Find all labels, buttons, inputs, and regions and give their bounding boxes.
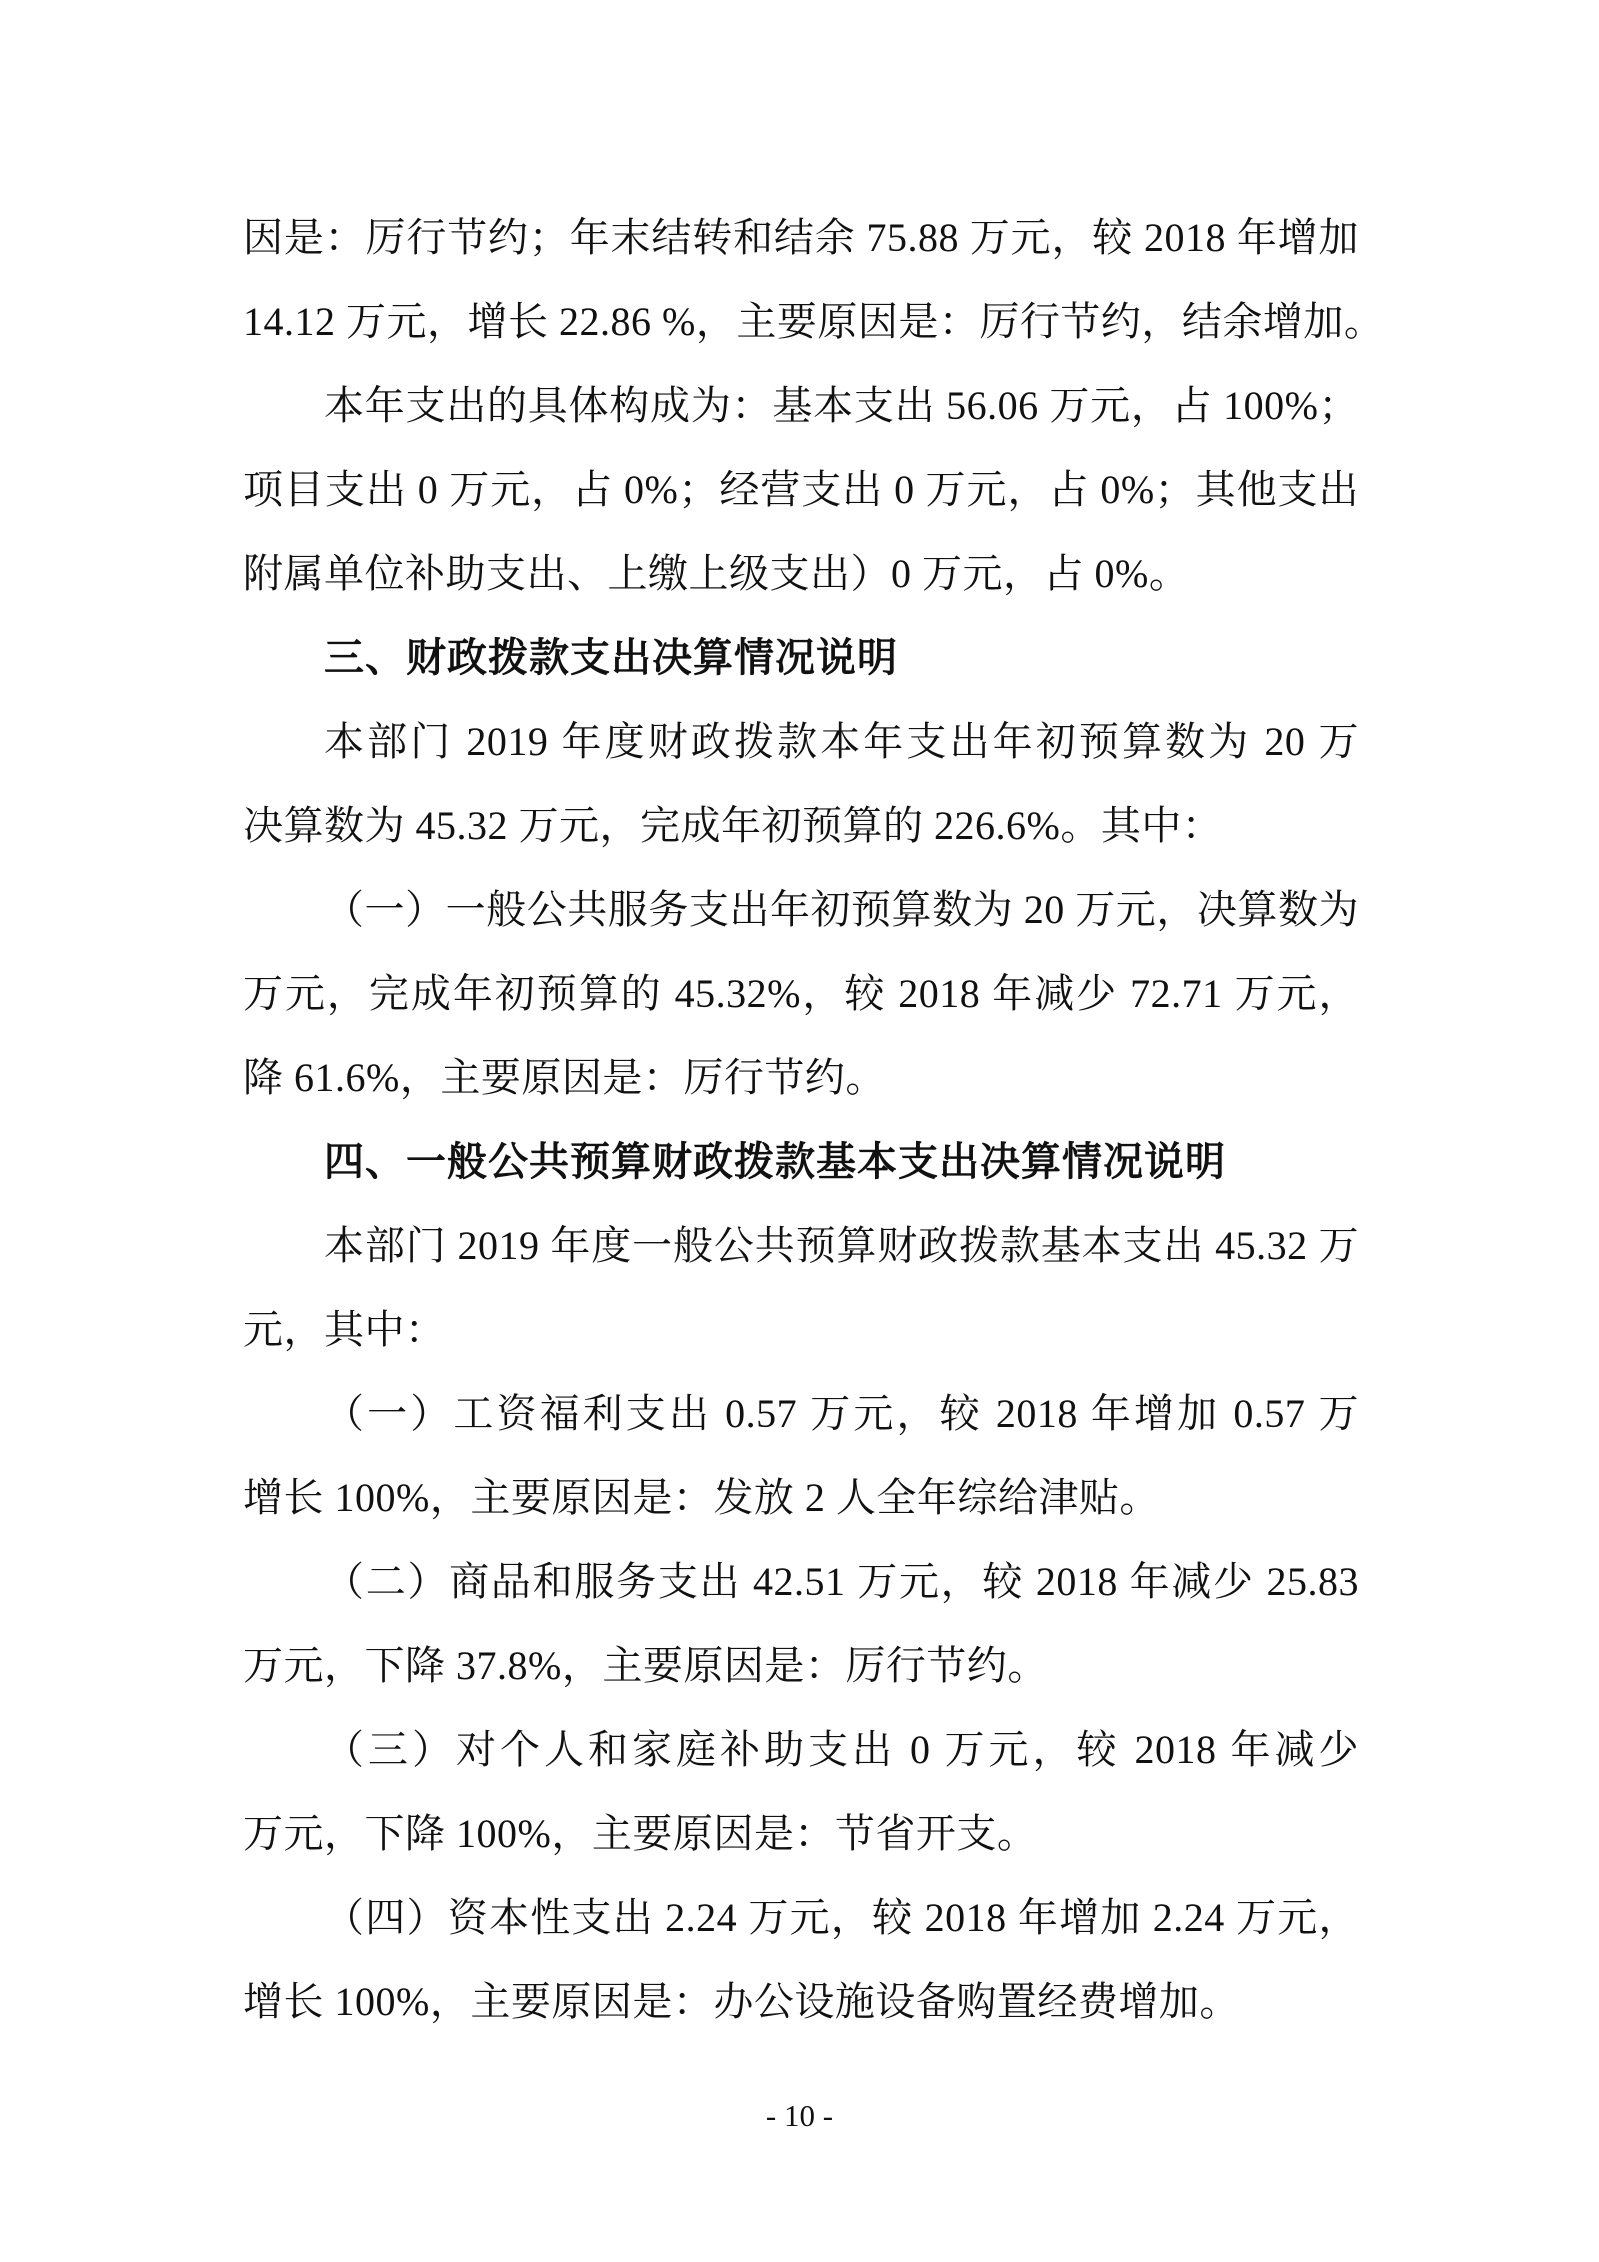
text-line: （二）商品和服务支出 42.51 万元，较 2018 年减少 25.83 bbox=[243, 1540, 1359, 1624]
text-line: 本年支出的具体构成为：基本支出 56.06 万元，占 100%； bbox=[243, 364, 1359, 448]
text-block: 因是：厉行节约；年末结转和结余 75.88 万元，较 2018 年增加14.12… bbox=[243, 196, 1359, 2044]
text-line: 项目支出 0 万元，占 0%；经营支出 0 万元，占 0%；其他支出（对 bbox=[243, 448, 1359, 532]
text-line: 附属单位补助支出、上缴上级支出）0 万元，占 0%。 bbox=[243, 532, 1359, 616]
section-heading: 三、财政拨款支出决算情况说明 bbox=[243, 616, 1359, 700]
text-line: （一）工资福利支出 0.57 万元，较 2018 年增加 0.57 万元， bbox=[243, 1372, 1359, 1456]
text-line: （一）一般公共服务支出年初预算数为 20 万元，决算数为 bbox=[243, 868, 1359, 952]
text-line: 决算数为 45.32 万元，完成年初预算的 226.6%。其中： bbox=[243, 784, 1359, 868]
text-line: 元，其中： bbox=[243, 1288, 1359, 1372]
text-line: 14.12 万元，增长 22.86 %，主要原因是：厉行节约，结余增加。 bbox=[243, 280, 1359, 364]
text-line: （四）资本性支出 2.24 万元，较 2018 年增加 2.24 万元， bbox=[243, 1876, 1359, 1960]
text-line: 因是：厉行节约；年末结转和结余 75.88 万元，较 2018 年增加 bbox=[243, 196, 1359, 280]
text-line: 增长 100%，主要原因是：发放 2 人全年综给津贴。 bbox=[243, 1456, 1359, 1540]
text-line: 增长 100%，主要原因是：办公设施设备购置经费增加。 bbox=[243, 1960, 1359, 2044]
text-line: 万元，下降 37.8%，主要原因是：厉行节约。 bbox=[243, 1624, 1359, 1708]
page-number: - 10 - bbox=[0, 2096, 1599, 2136]
document-page: 因是：厉行节约；年末结转和结余 75.88 万元，较 2018 年增加14.12… bbox=[0, 0, 1599, 2262]
text-line: 本部门 2019 年度财政拨款本年支出年初预算数为 20 万元， bbox=[243, 700, 1359, 784]
text-line: （三）对个人和家庭补助支出 0 万元，较 2018 年减少 10.45 bbox=[243, 1708, 1359, 1792]
section-heading: 四、一般公共预算财政拨款基本支出决算情况说明 bbox=[243, 1120, 1359, 1204]
text-line: 万元，下降 100%，主要原因是：节省开支。 bbox=[243, 1792, 1359, 1876]
text-line: 本部门 2019 年度一般公共预算财政拨款基本支出 45.32 万 bbox=[243, 1204, 1359, 1288]
text-line: 降 61.6%，主要原因是：厉行节约。 bbox=[243, 1036, 1359, 1120]
text-line: 万元，完成年初预算的 45.32%，较 2018 年减少 72.71 万元，下 bbox=[243, 952, 1359, 1036]
